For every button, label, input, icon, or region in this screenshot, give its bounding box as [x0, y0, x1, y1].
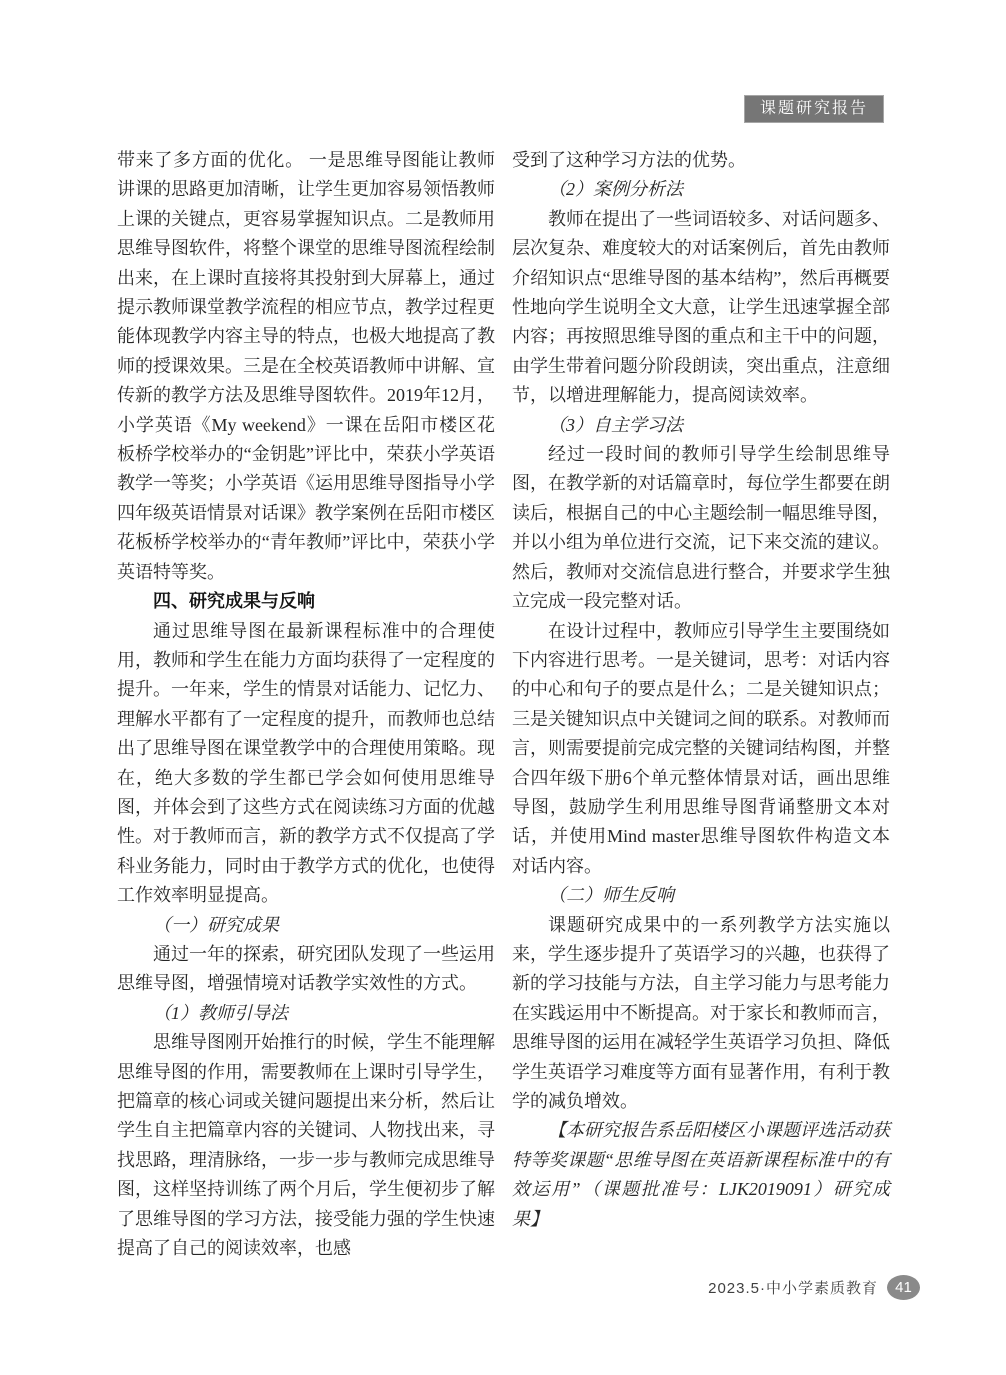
journal-page: 课题研究报告 带来了多方面的优化。 一是思维导图能让教师讲课的思路更加清晰，让学…	[0, 0, 1006, 1375]
paragraph-continuation: 受到了这种学习方法的优势。	[512, 146, 890, 175]
right-column: 受到了这种学习方法的优势。（2）案例分析法教师在提出了一些词语较多、对话问题多、…	[512, 146, 890, 1234]
paragraph: 在设计过程中，教师应引导学生主要围绕如下内容进行思考。一是关键词，思考：对话内容…	[512, 617, 890, 882]
page-number-badge: 41	[887, 1275, 920, 1300]
paragraph: 通过一年的探索，研究团队发现了一些运用思维导图，增强情境对话教学实效性的方式。	[117, 940, 495, 999]
subsection-heading: （2）案例分析法	[512, 175, 890, 204]
paragraph: 课题研究成果中的一系列教学方法实施以来，学生逐步提升了英语学习的兴趣，也获得了新…	[512, 911, 890, 1117]
subsection-heading: （二）师生反响	[512, 881, 890, 910]
paragraph: 教师在提出了一些词语较多、对话问题多、层次复杂、难度较大的对话案例后，首先由教师…	[512, 205, 890, 411]
left-column: 带来了多方面的优化。 一是思维导图能让教师讲课的思路更加清晰，让学生更加容易领悟…	[117, 146, 495, 1263]
note-paragraph: 【本研究报告系岳阳楼区小课题评选活动获特等奖课题“思维导图在英语新课程标准中的有…	[512, 1116, 890, 1234]
page-footer: 2023.5·中小学素质教育 41	[708, 1274, 920, 1301]
subsection-heading: （1）教师引导法	[117, 999, 495, 1028]
paragraph: 思维导图刚开始推行的时候，学生不能理解思维导图的作用，需要教师在上课时引导学生，…	[117, 1028, 495, 1263]
subsection-heading: （一）研究成果	[117, 911, 495, 940]
paragraph-continuation: 带来了多方面的优化。 一是思维导图能让教师讲课的思路更加清晰，让学生更加容易领悟…	[117, 146, 495, 587]
paragraph: 经过一段时间的教师引导学生绘制思维导图，在教学新的对话篇章时，每位学生都要在朗读…	[512, 440, 890, 616]
subsection-heading: （3）自主学习法	[512, 411, 890, 440]
paragraph: 通过思维导图在最新课程标准中的合理使用，教师和学生在能力方面均获得了一定程度的提…	[117, 617, 495, 911]
header-badge: 课题研究报告	[744, 95, 884, 123]
journal-footer-text: 2023.5·中小学素质教育	[708, 1277, 878, 1298]
section-heading: 四、研究成果与反响	[117, 587, 495, 616]
